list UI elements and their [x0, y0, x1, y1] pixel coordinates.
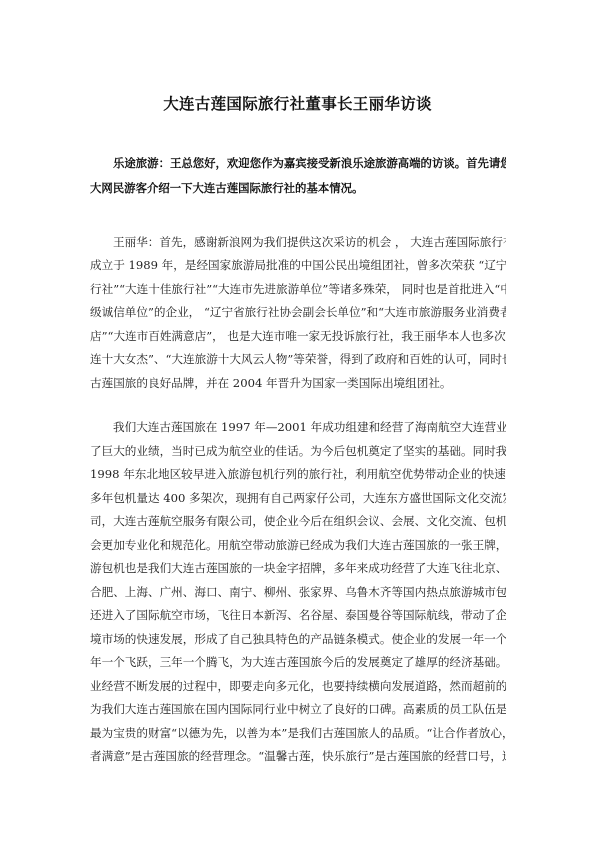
paragraph-2-line: 多年包机量达 400 多架次，现拥有自己两家仔公司，大连东方盛世国际文化交流发展…	[90, 491, 506, 505]
paragraph-2-line: 境市场的快速发展，形成了自己独具特色的产品链条模式。使企业的发展一年一个台阶，二	[90, 632, 506, 646]
paragraph-2-line: 司，大连古莲航空服务有限公司，使企业今后在组织会议、会展、文化交流、包机等业务上	[90, 514, 506, 528]
paragraph-1-line: 店”“大连市百姓满意店”， 也是大连市唯一家无投诉旅行社，我王丽华本人也多次荣获…	[90, 329, 506, 343]
intro-question-line: 乐途旅游：王总您好，欢迎您作为嘉宾接受新浪乐途旅游高端的访谈。首先请您为广	[113, 156, 506, 170]
paragraph-2-line: 年一个飞跃，三年一个腾飞，为大连古莲国旅今后的发展奠定了雄厚的经济基础。在拓宽企	[90, 655, 506, 669]
paragraph-1-line: 行社”“大连十佳旅行社”“大连市先进旅游单位”等诸多殊荣， 同时也是首批进入“中…	[90, 282, 506, 296]
paragraph-2-line: 我们大连古莲国旅在 1997 年—2001 年成功组建和经营了海南航空大连营业部…	[113, 420, 506, 434]
paragraph-2-line: 为我们大连古莲国旅在国内国际同行业中树立了良好的口碑。高素质的员工队伍是企业发展	[90, 702, 506, 716]
paragraph-1-line: 连十大女杰”、“大连旅游十大风云人物”等荣誉，得到了政府和百姓的认可，同时也塑造…	[90, 352, 506, 366]
intro-question-line: 大网民游客介绍一下大连古莲国际旅行社的基本情况。	[90, 181, 506, 195]
paragraph-1-line: 成立于 1989 年，是经国家旅游局批准的中国公民出境组团社，曾多次荣获 “辽宁…	[90, 258, 506, 272]
document-title: 大连古莲国际旅行社董事长王丽华访谈	[0, 92, 595, 114]
paragraph-2-line: 1998 年东北地区较早进入旅游包机行列的旅行社，利用航空优势带动企业的快速发展…	[90, 467, 506, 481]
paragraph-2-line: 合肥、上海、广州、海口、南宁、柳州、张家界、乌鲁木齐等国内热点旅游城市包机，同时	[90, 585, 506, 599]
paragraph-1-line: 级诚信单位”的企业， “辽宁省旅行社协会副会长单位”和“大连市旅游服务业消费者满…	[90, 305, 506, 319]
paragraph-2-line: 游包机也是我们大连古莲国旅的一块金字招牌，多年来成功经营了大连飞往北京、南京 、	[90, 561, 506, 575]
paragraph-2-line: 会更加专业化和规范化。用航空带动旅游已经成为我们大连古莲国旅的一张王牌，同时，旅	[90, 538, 506, 552]
document-page: 大连古莲国际旅行社董事长王丽华访谈 乐途旅游：王总您好，欢迎您作为嘉宾接受新浪乐…	[0, 0, 595, 842]
paragraph-1-line: 王丽华：首先，感谢新浪网为我们提供这次采访的机会 ， 大连古莲国际旅行有限公司	[113, 235, 506, 249]
paragraph-2-line: 业经营不断发展的过程中，即要走向多元化，也要持续横向发展道路，然而超前的经营理念	[90, 679, 506, 693]
paragraph-2-line: 最为宝贵的财富“以德为先，以善为本”是我们古莲国旅人的品质。“让合作者放心，让旅…	[90, 726, 506, 740]
paragraph-2-line: 了巨大的业绩，当时已成为航空业的佳话。为今后包机奠定了坚实的基础。同时我们也是	[90, 444, 506, 458]
paragraph-1-line: 古莲国旅的良好品牌，并在 2004 年晋升为国家一类国际出境组团社。	[90, 376, 506, 390]
paragraph-2-line: 还进入了国际航空市场，飞往日本新泻、名谷屋、泰国曼谷等国际航线，带动了企业的出入	[90, 608, 506, 622]
paragraph-2-line: 者满意”是古莲国旅的经营理念。“温馨古莲，快乐旅行”是古莲国旅的经营口号，选择古…	[90, 749, 506, 763]
